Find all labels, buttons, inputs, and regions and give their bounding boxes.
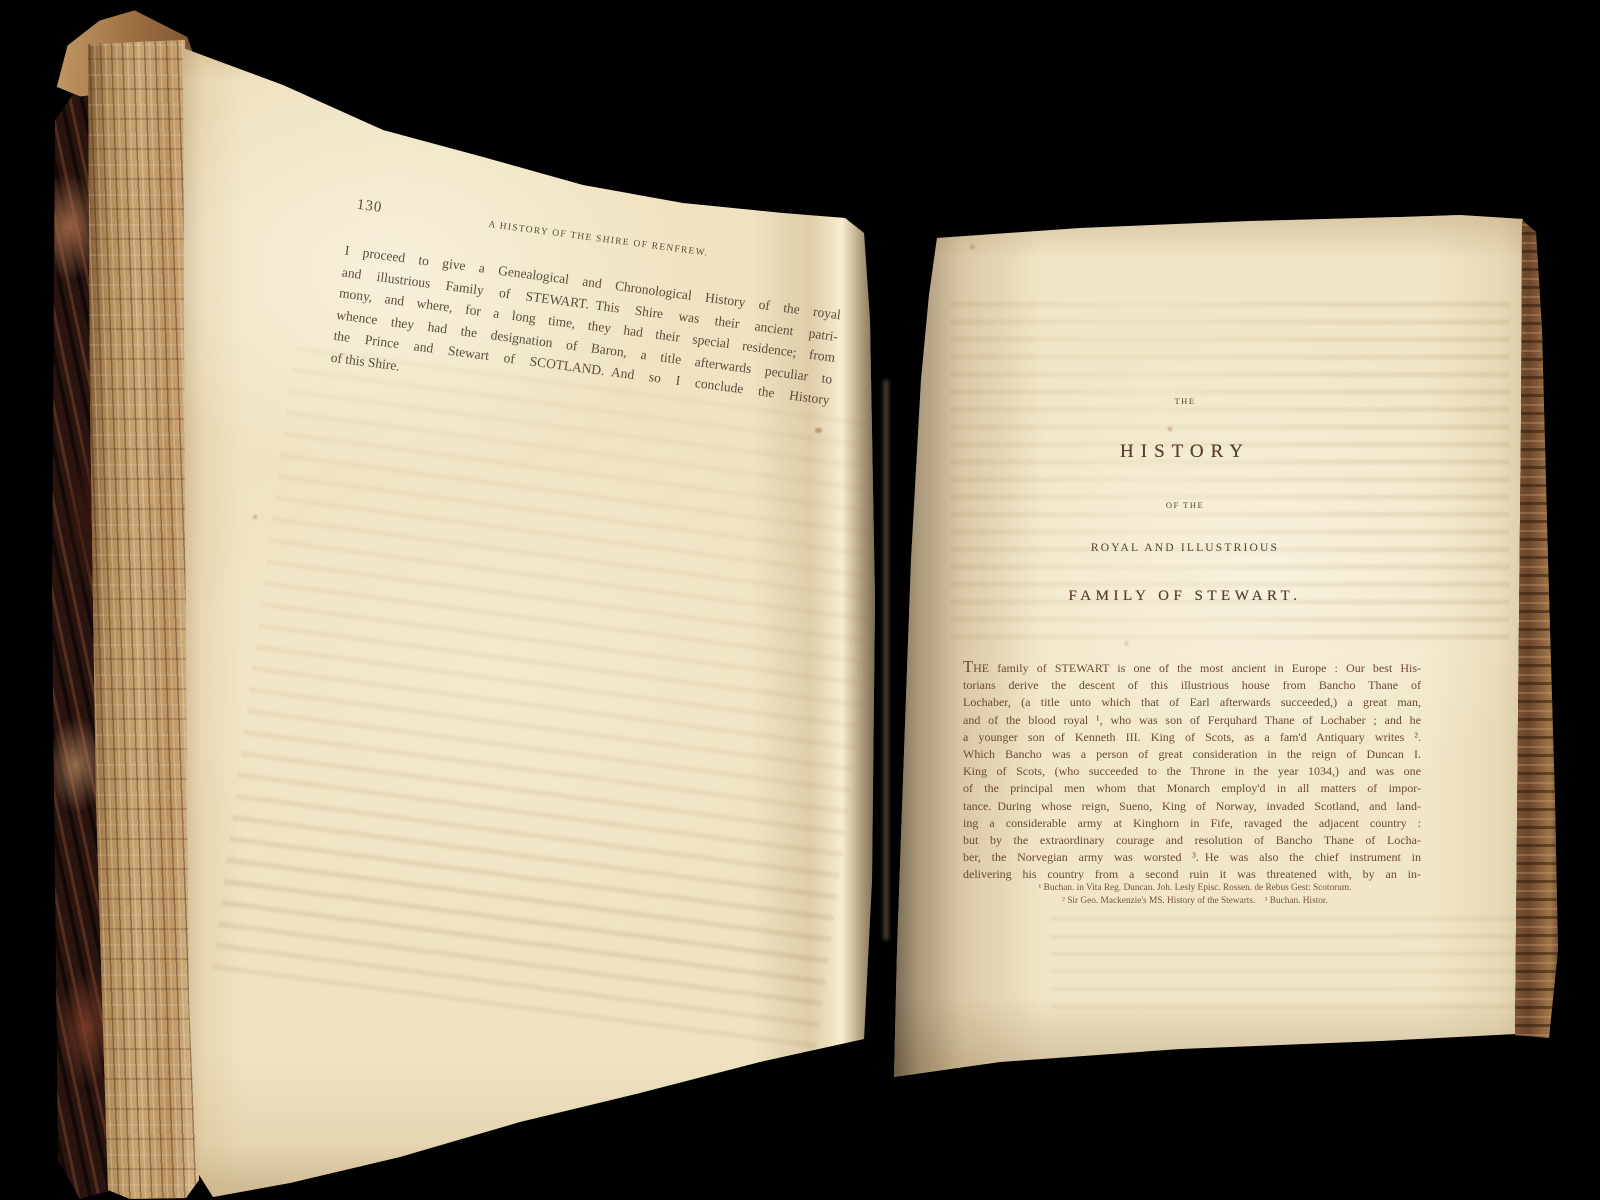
body-line: THE family of STEWART is one of the most… <box>963 658 1421 677</box>
show-through-text-left <box>210 341 900 1065</box>
body-line: but by the extraordinary courage and res… <box>963 832 1421 849</box>
title-line-royal: ROYAL AND ILLUSTRIOUS <box>960 542 1410 554</box>
title-line-history: HISTORY <box>960 442 1410 462</box>
body-line: of the principal men whom that Monarch e… <box>963 780 1421 797</box>
title-line-of-the: OF THE <box>960 500 1410 510</box>
body-line: tance. During whose reign, Sueno, King o… <box>963 798 1421 815</box>
title-line-family: FAMILY OF STEWART. <box>960 588 1410 604</box>
section-title-block: THE HISTORY OF THE ROYAL AND ILLUSTRIOUS… <box>960 396 1410 604</box>
body-line: ber, the Norvegian army was worsted ³. H… <box>963 849 1421 866</box>
footnote-line: ² Sir Geo. Mackenzie's MS. History of th… <box>965 895 1425 908</box>
title-line-the: THE <box>960 396 1410 406</box>
body-line: Which Bancho was a person of great consi… <box>963 746 1421 763</box>
body-line: a younger son of Kenneth III. King of Sc… <box>963 729 1421 746</box>
foxing-spot <box>970 245 975 249</box>
footnotes: ¹ Buchan. in Vita Reg. Duncan. Joh. Lesl… <box>965 882 1425 907</box>
book-photo: 130 A HISTORY OF THE SHIRE OF RENFREW. I… <box>0 0 1600 1200</box>
body-line: ing a considerable army at Kinghorn in F… <box>963 815 1421 832</box>
left-page: 130 A HISTORY OF THE SHIRE OF RENFREW. I… <box>180 38 880 1200</box>
foxing-spot <box>1125 642 1128 645</box>
footnote-line: ¹ Buchan. in Vita Reg. Duncan. Joh. Lesl… <box>965 882 1425 895</box>
gutter-shadow <box>884 380 888 940</box>
right-page-body: THE family of STEWART is one of the most… <box>963 658 1421 884</box>
body-line: torians derive the descent of this illus… <box>963 677 1421 694</box>
body-line: Lochaber, (a title unto which that of Ea… <box>963 694 1421 711</box>
body-line: King of Scots, (who succeeded to the Thr… <box>963 763 1421 780</box>
right-page: THE HISTORY OF THE ROYAL AND ILLUSTRIOUS… <box>890 212 1562 1080</box>
foxing-spot <box>253 515 257 519</box>
body-line: and of the blood royal ¹, who was son of… <box>963 712 1421 729</box>
show-through-text-right-lower <box>1050 912 1520 1022</box>
